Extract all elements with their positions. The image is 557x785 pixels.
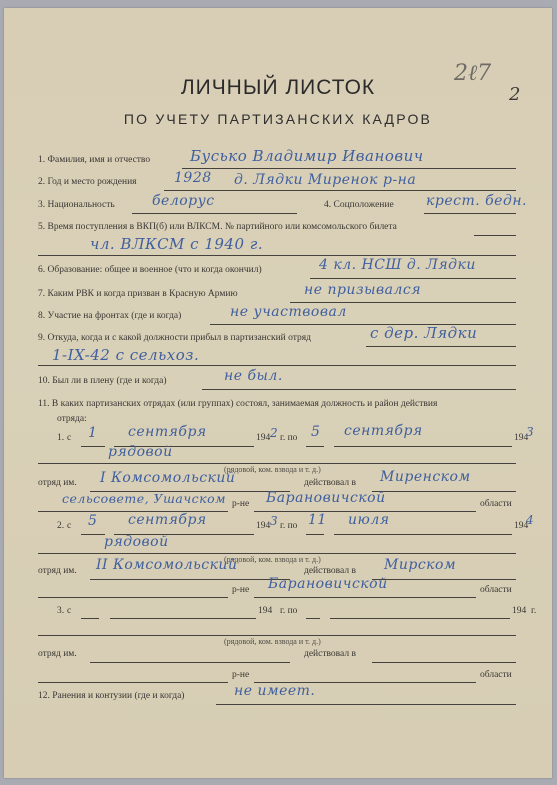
region-label: области [480,670,512,680]
position-hint: (рядовой, ком. взвода и т. д.) [224,555,321,564]
field-2-birth-place: д. Лядки Миренок р-на [234,172,416,188]
field-6-label: 6. Образование: общее и военное (что и к… [38,265,262,275]
from-year-prefix: 194 [256,521,270,531]
district-label: р-не [232,499,249,509]
unit-label: отряд им. [38,566,77,576]
unit-line [90,662,290,663]
field-12-wounds: не имеет. [234,683,315,699]
from-year-prefix: 194 [258,606,272,616]
to-day-line [306,534,324,535]
field-4-line [424,213,516,214]
to-year-prefix: 194 [512,606,526,616]
position: рядовой [108,444,173,460]
operated-in: Миренском [380,469,471,485]
unit-name: II Комсомольский [96,557,237,573]
field-8-label: 8. Участие на фронтах (где и когда) [38,311,181,321]
district-name: сельсовете, Ушачском [62,491,226,506]
to-month: сентября [344,423,423,439]
to-year-digit: 3 [526,425,534,439]
to-month-line [334,446,512,447]
to-day-line [306,618,320,619]
operated-label: действовал в [304,649,356,659]
field-6-education: 4 кл. НСШ д. Лядки [319,257,476,273]
field-2-birth-year: 1928 [174,170,212,186]
field-9-line-b [38,365,516,366]
region-label: области [480,585,512,595]
field-8-front-participation: не участвовал [230,304,347,320]
from-label: с [67,433,71,443]
district-line [38,682,228,683]
region-line [254,597,476,598]
position-hint: (рядовой, ком. взвода и т. д.) [224,637,321,646]
to-day: 11 [308,512,327,528]
to-label: г. по [280,606,297,616]
unit-label: отряд им. [38,649,77,659]
from-label: с [67,521,71,531]
to-day-line [306,446,324,447]
field-2-line [164,190,516,191]
field-4-social-status: крест. бедн. [426,193,527,209]
field-3-label: 3. Национальность [38,200,115,210]
operated-label: действовал в [304,478,356,488]
to-label: г. по [280,521,297,531]
field-5-party-membership: чл. ВЛКСМ с 1940 г. [90,235,263,253]
position-line [38,553,516,554]
operated-label: действовал в [304,566,356,576]
field-4-label: 4. Соцположение [324,200,394,210]
field-3-line [132,213,297,214]
to-label: г. по [280,433,297,443]
field-1-label: 1. Фамилия, имя и отчество [38,155,150,165]
position-hint: (рядовой, ком. взвода и т. д.) [224,465,321,474]
from-day: 5 [88,513,97,529]
entry-number: 1. [57,433,64,443]
document-subtitle: ПО УЧЕТУ ПАРТИЗАНСКИХ КАДРОВ [4,111,552,127]
field-11-label-cont: отряда: [57,414,87,424]
entry-number: 3. [57,606,64,616]
from-day-line [81,446,105,447]
field-9-origin: с дер. Лядки [370,324,477,342]
field-7-label: 7. Каким РВК и когда призван в Красную А… [38,289,238,299]
from-month-line [110,618,256,619]
district-line [38,597,228,598]
field-2-label: 2. Год и место рождения [38,177,137,187]
field-10-captivity: не был. [224,368,283,384]
position: рядовой [104,534,169,550]
operated-line [372,579,516,580]
field-9-line-a [366,346,516,347]
field-10-line [202,389,516,390]
field-5-line-b [38,255,516,256]
personal-record-sheet: ЛИЧНЫЙ ЛИСТОК ПО УЧЕТУ ПАРТИЗАНСКИХ КАДР… [4,8,552,778]
to-year-digit: 4 [526,513,534,527]
to-month: июля [348,512,390,528]
field-7-army-draft: не призывался [304,282,421,298]
archive-sub-annotation: 2 [509,84,520,105]
position-line [38,635,516,636]
unit-label: отряд им. [38,478,77,488]
field-11-label: 11. В каких партизанских отрядах (или гр… [38,399,437,409]
unit-line [90,579,290,580]
field-7-line [290,302,516,303]
field-5-line-a [474,235,516,236]
field-9-label: 9. Откуда, когда и с какой должности при… [38,333,311,343]
position-line [38,463,516,464]
region-label: области [480,499,512,509]
from-day-line [81,618,99,619]
field-5-label: 5. Время поступления в ВКП(б) или ВЛКСМ.… [38,222,397,232]
region-name: Барановичской [266,490,386,506]
from-month: сентября [128,424,207,440]
operated-in: Мирском [384,557,456,573]
field-10-label: 10. Был ли в плену (где и когда) [38,376,167,386]
from-label: с [67,606,71,616]
field-1-full-name: Бусько Владимир Иванович [190,147,424,165]
from-day-line [81,534,105,535]
field-12-line [216,704,516,705]
district-label: р-не [232,585,249,595]
from-year-digit: 2 [270,426,278,440]
field-9-arrival-date: 1-IX-42 с сельхоз. [52,346,199,364]
field-1-line [182,168,516,169]
to-month-line [334,534,512,535]
field-3-nationality: белорус [152,193,215,209]
from-day: 1 [88,425,97,441]
to-day: 5 [311,424,320,440]
from-year-prefix: 194 [256,433,270,443]
to-month-line [330,618,510,619]
archive-number-annotation: 2ℓ7 [454,60,491,86]
from-month: сентября [128,512,207,528]
entry-number: 2. [57,521,64,531]
unit-name: I Комсомольский [100,470,235,486]
from-year-digit: 3 [270,514,278,528]
field-6-line [310,278,516,279]
operated-line [372,491,516,492]
operated-line [372,662,516,663]
region-name: Барановичской [268,576,388,592]
district-label: р-не [232,670,249,680]
field-12-label: 12. Ранения и контузии (где и когда) [38,691,184,701]
to-year-suffix: г. [531,606,536,616]
